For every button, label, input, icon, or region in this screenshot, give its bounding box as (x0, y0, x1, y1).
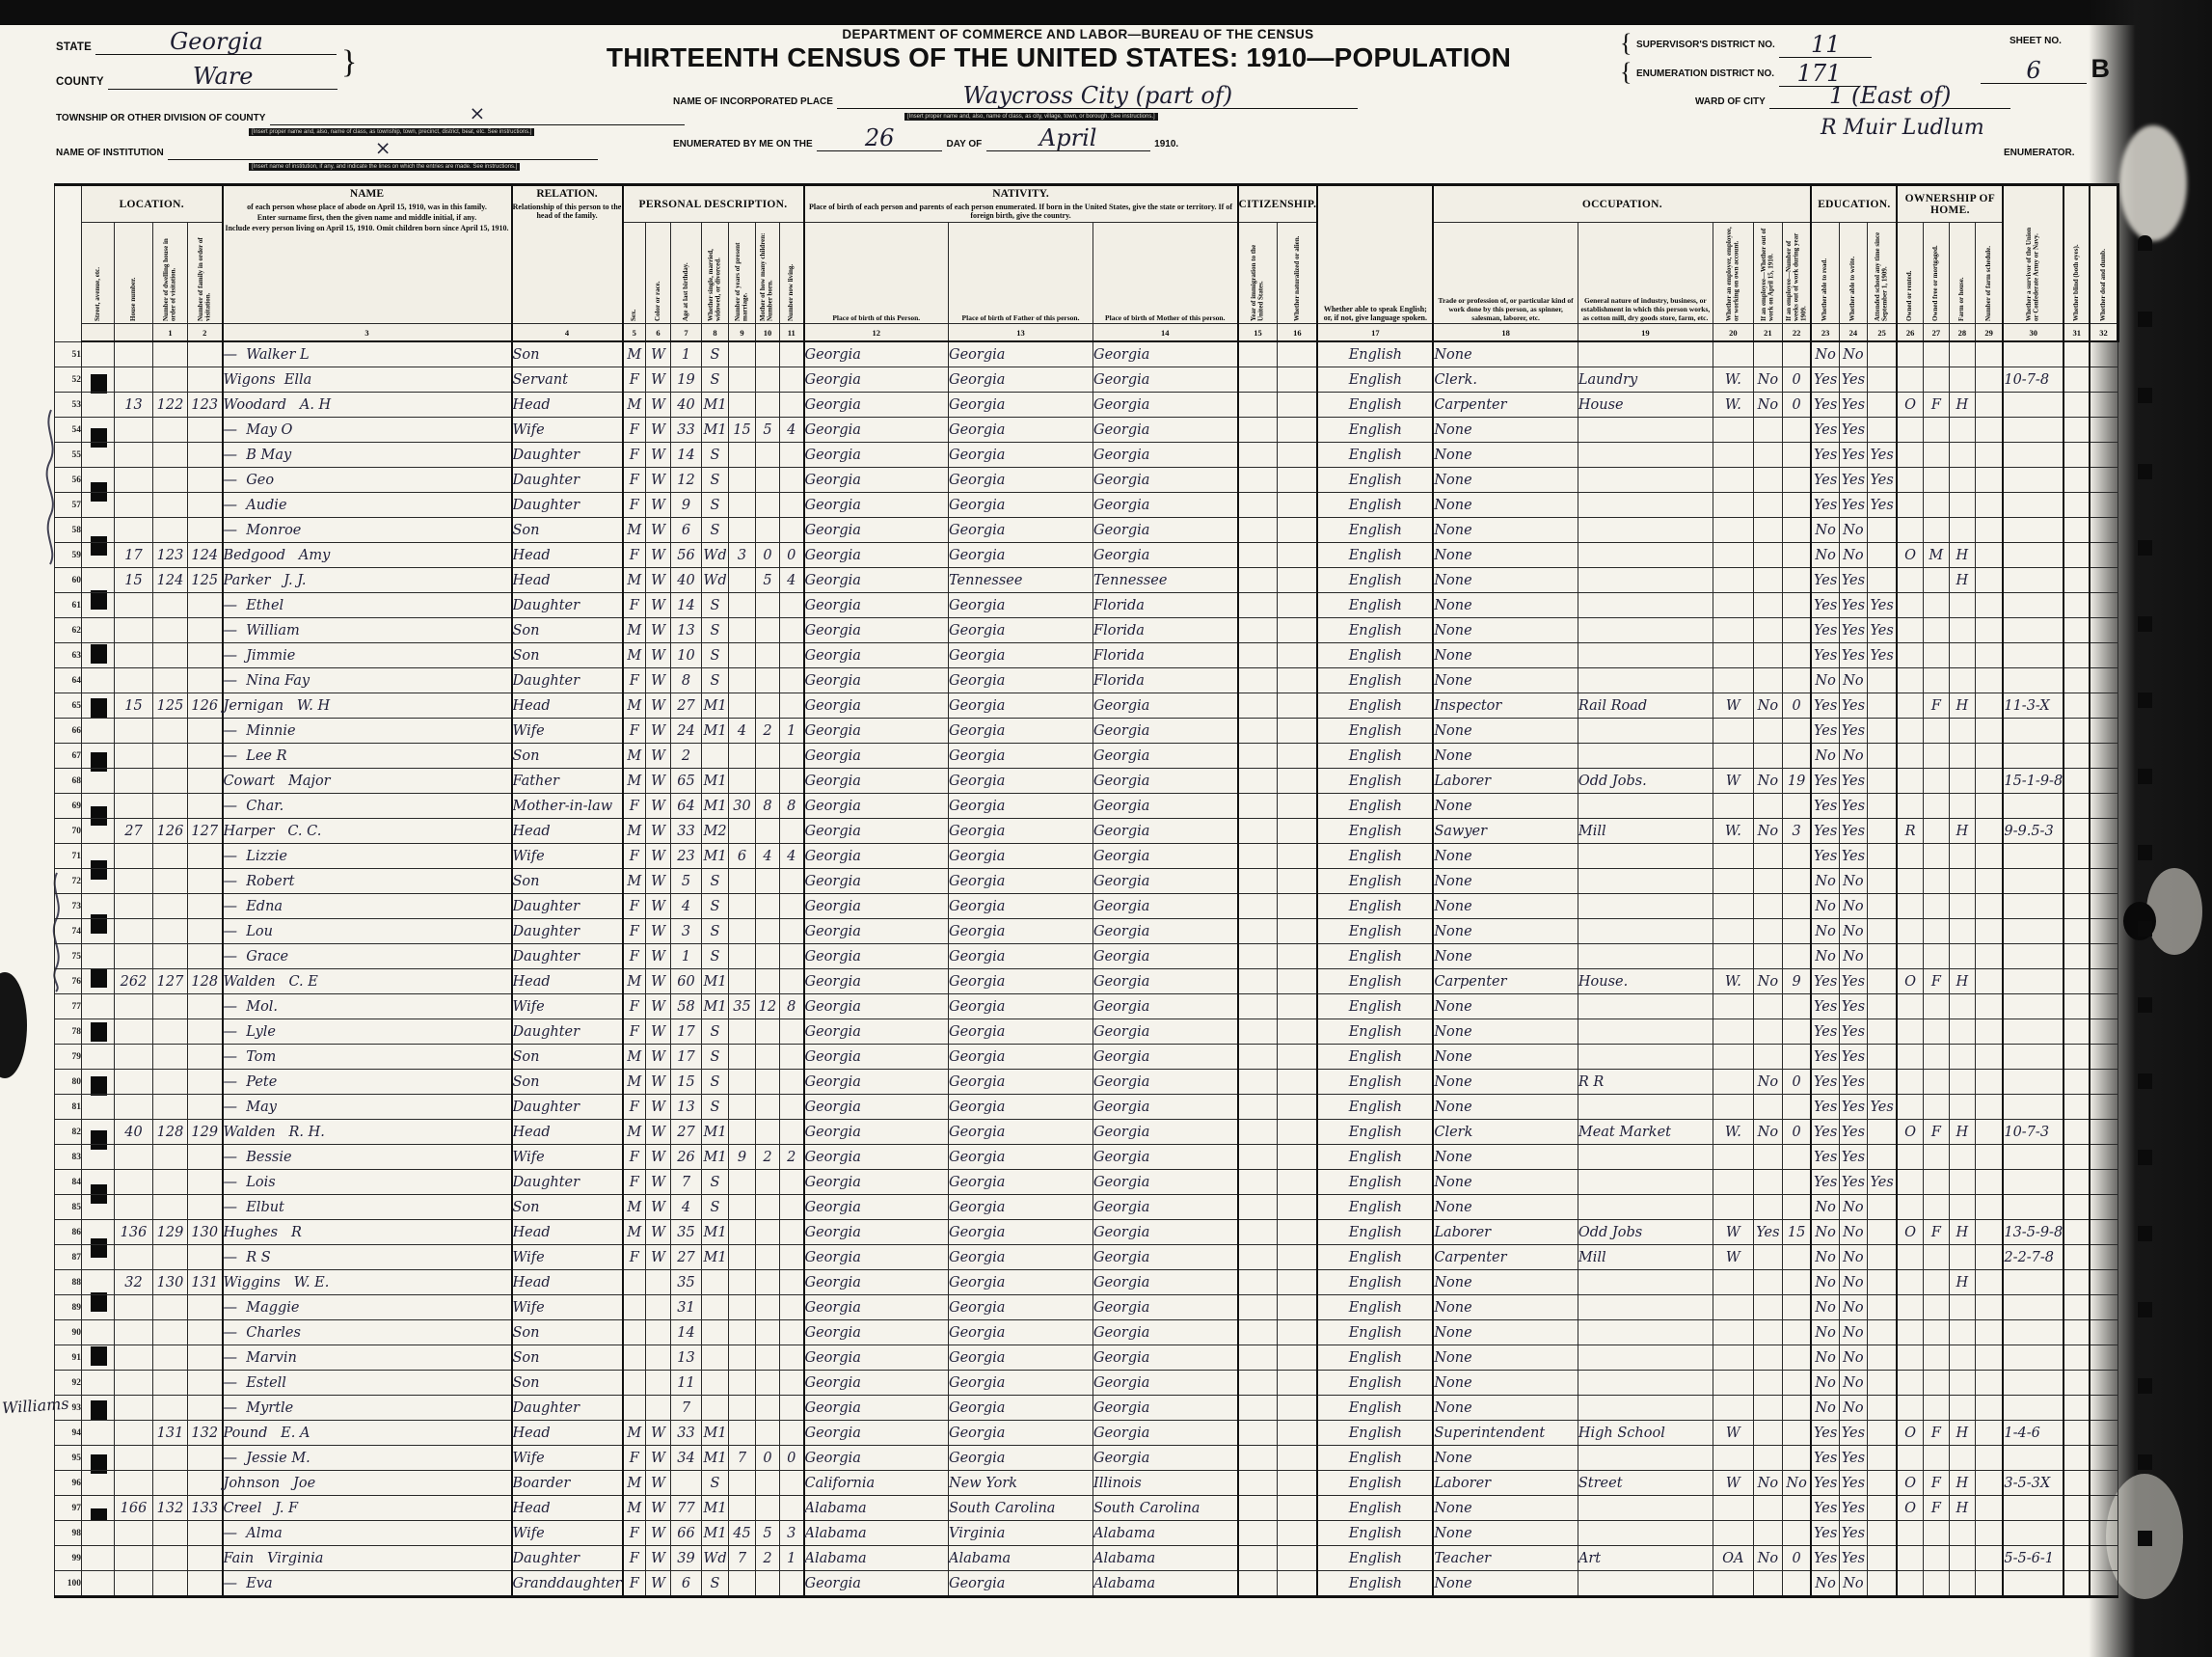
cell-fb: Virginia (949, 1521, 1093, 1546)
cell-sv (2003, 744, 2064, 769)
cell-yrs (729, 1371, 756, 1396)
cell-dw: 125 (153, 693, 188, 719)
cell-born (756, 869, 780, 894)
cell-wr: No (1839, 1195, 1867, 1220)
column-number: 4 (512, 324, 623, 342)
line-number: 76 (55, 969, 82, 994)
cell-ow (1753, 744, 1782, 769)
table-row: 5917123124Bedgood AmyHeadFW56Wd300Georgi… (55, 543, 2118, 568)
cell-fh (1949, 493, 1975, 518)
line-number-column-header (55, 185, 82, 342)
line-number: 81 (55, 1095, 82, 1120)
cell-ind (1578, 593, 1713, 618)
cell-yrs (729, 593, 756, 618)
cell-im (1238, 393, 1278, 418)
cell-fs (1975, 844, 2003, 869)
cell-wr: Yes (1839, 1070, 1867, 1095)
cell-own (1897, 1019, 1923, 1045)
cell-name: Woodard A. H (223, 393, 512, 418)
cell-rd: No (1811, 341, 1839, 367)
cell-fm: 133 (188, 1496, 223, 1521)
cell-st (82, 894, 115, 919)
column-number: 21 (1753, 324, 1782, 342)
cell-im (1238, 1170, 1278, 1195)
cell-rd: No (1811, 518, 1839, 543)
cell-im (1238, 468, 1278, 493)
cell-im (1238, 1045, 1278, 1070)
cell-df (2090, 1396, 2118, 1421)
cell-mar: M1 (702, 844, 729, 869)
cell-fs (1975, 618, 2003, 643)
cell-name: Parker J. J. (223, 568, 512, 593)
cell-liv (780, 819, 804, 844)
cell-mb: Georgia (1093, 1220, 1238, 1245)
column-number: 26 (1897, 324, 1923, 342)
cell-name: — William (223, 618, 512, 643)
cell-yrs (729, 1320, 756, 1345)
cell-hn (115, 744, 153, 769)
cell-sc: Yes (1867, 1170, 1897, 1195)
cell-emp (1713, 618, 1753, 643)
cell-yrs (729, 769, 756, 794)
cell-wk (1782, 1145, 1811, 1170)
cell-fm (188, 1245, 223, 1270)
cell-dw (153, 668, 188, 693)
cell-fh (1949, 643, 1975, 668)
cell-rel: Son (512, 1070, 623, 1095)
cell-age: 58 (671, 994, 702, 1019)
cell-sc: Yes (1867, 618, 1897, 643)
cell-fm: 132 (188, 1421, 223, 1446)
cell-ind (1578, 719, 1713, 744)
line-number: 54 (55, 418, 82, 443)
cell-oc: None (1433, 844, 1578, 869)
line-number: 79 (55, 1045, 82, 1070)
cell-fm (188, 869, 223, 894)
cell-mb: Georgia (1093, 844, 1238, 869)
cell-st (82, 1471, 115, 1496)
cell-bp: Georgia (804, 894, 949, 919)
column-header: Whether able to read. (1811, 223, 1839, 324)
cell-st (82, 1045, 115, 1070)
cell-hn: 13 (115, 393, 153, 418)
cell-age: 6 (671, 518, 702, 543)
cell-oc: None (1433, 518, 1578, 543)
cell-df (2090, 1120, 2118, 1145)
cell-fm: 126 (188, 693, 223, 719)
column-number: 9 (729, 324, 756, 342)
cell-fs (1975, 1220, 2003, 1245)
cell-hn (115, 1295, 153, 1320)
cell-emp (1713, 1496, 1753, 1521)
cell-race: W (646, 919, 671, 944)
cell-st (82, 1421, 115, 1446)
table-row: 87— R SWifeFW27M1GeorgiaGeorgiaGeorgiaEn… (55, 1245, 2118, 1270)
cell-fb: Alabama (949, 1546, 1093, 1571)
cell-fb: Georgia (949, 1220, 1093, 1245)
cell-mb: Georgia (1093, 719, 1238, 744)
cell-dw (153, 794, 188, 819)
county-value: Ware (193, 63, 254, 90)
cell-ln: English (1317, 1195, 1433, 1220)
cell-liv (780, 593, 804, 618)
cell-age: 7 (671, 1170, 702, 1195)
cell-df (2090, 341, 2118, 367)
column-number: 2 (188, 324, 223, 342)
cell-wr: Yes (1839, 1521, 1867, 1546)
cell-fm (188, 994, 223, 1019)
cell-yrs (729, 493, 756, 518)
cell-dw (153, 418, 188, 443)
cell-dw: 124 (153, 568, 188, 593)
cell-mar (702, 1295, 729, 1320)
cell-born (756, 1045, 780, 1070)
cell-yrs: 3 (729, 543, 756, 568)
cell-sc (1867, 418, 1897, 443)
cell-im (1238, 794, 1278, 819)
cell-sc (1867, 1371, 1897, 1396)
table-row: 85— ElbutSonMW4SGeorgiaGeorgiaGeorgiaEng… (55, 1195, 2118, 1220)
cell-sex: M (623, 341, 646, 367)
cell-liv: 4 (780, 418, 804, 443)
cell-bl (2064, 693, 2090, 719)
cell-bp: Georgia (804, 1045, 949, 1070)
cell-age: 1 (671, 341, 702, 367)
cell-st (82, 794, 115, 819)
cell-mar: S (702, 341, 729, 367)
cell-mb: Georgia (1093, 1070, 1238, 1095)
cell-fs (1975, 1571, 2003, 1597)
cell-bl (2064, 1546, 2090, 1571)
cell-ln: English (1317, 693, 1433, 719)
cell-fm (188, 894, 223, 919)
column-number: 1 (153, 324, 188, 342)
cell-hn: 27 (115, 819, 153, 844)
cell-na (1278, 869, 1317, 894)
cell-dw (153, 518, 188, 543)
cell-rd: Yes (1811, 1120, 1839, 1145)
cell-im (1238, 944, 1278, 969)
cell-oc: None (1433, 1496, 1578, 1521)
cell-own (1897, 1571, 1923, 1597)
cell-wr: Yes (1839, 1019, 1867, 1045)
cell-sex: M (623, 769, 646, 794)
institution-label: Name of Institution (56, 148, 164, 158)
cell-mar (702, 1270, 729, 1295)
cell-mar: S (702, 668, 729, 693)
cell-age: 12 (671, 468, 702, 493)
cell-bl (2064, 944, 2090, 969)
line-number: 63 (55, 643, 82, 668)
cell-hn (115, 769, 153, 794)
column-number: 20 (1713, 324, 1753, 342)
cell-na (1278, 744, 1317, 769)
cell-own (1897, 944, 1923, 969)
cell-hn (115, 1396, 153, 1421)
cell-bl (2064, 618, 2090, 643)
cell-yrs (729, 1095, 756, 1120)
cell-bl (2064, 1446, 2090, 1471)
cell-rd: Yes (1811, 393, 1839, 418)
cell-bl (2064, 643, 2090, 668)
cell-bl (2064, 1295, 2090, 1320)
cell-dw (153, 1145, 188, 1170)
cell-ln: English (1317, 1070, 1433, 1095)
cell-age: 5 (671, 869, 702, 894)
cell-own (1897, 1371, 1923, 1396)
cell-ow: No (1753, 1120, 1782, 1145)
cell-mb: Georgia (1093, 1320, 1238, 1345)
cell-rel: Daughter (512, 919, 623, 944)
cell-ow (1753, 593, 1782, 618)
cell-sex: F (623, 994, 646, 1019)
cell-ind (1578, 1270, 1713, 1295)
cell-race: W (646, 1421, 671, 1446)
cell-im (1238, 1546, 1278, 1571)
cell-bl (2064, 869, 2090, 894)
cell-rd: Yes (1811, 568, 1839, 593)
cell-yrs (729, 1070, 756, 1095)
cell-fb: Georgia (949, 493, 1093, 518)
cell-bp: California (804, 1471, 949, 1496)
line-number: 98 (55, 1521, 82, 1546)
cell-dw (153, 367, 188, 393)
cell-ln: English (1317, 341, 1433, 367)
cell-wr: Yes (1839, 769, 1867, 794)
cell-wk (1782, 1421, 1811, 1446)
cell-df (2090, 693, 2118, 719)
table-row: 95— Jessie M.WifeFW34M1700GeorgiaGeorgia… (55, 1446, 2118, 1471)
cell-im (1238, 618, 1278, 643)
cell-fm (188, 618, 223, 643)
cell-fb: Georgia (949, 1019, 1093, 1045)
cell-sc (1867, 1019, 1897, 1045)
cell-hn (115, 618, 153, 643)
cell-yrs (729, 568, 756, 593)
cell-sv (2003, 944, 2064, 969)
cell-ow (1753, 1521, 1782, 1546)
column-number (115, 324, 153, 342)
cell-sv (2003, 969, 2064, 994)
cell-ind (1578, 443, 1713, 468)
cell-bp: Georgia (804, 593, 949, 618)
cell-liv (780, 618, 804, 643)
cell-fs (1975, 1396, 2003, 1421)
cell-age: 33 (671, 819, 702, 844)
cell-mar: M1 (702, 719, 729, 744)
cell-fs (1975, 1019, 2003, 1045)
cell-df (2090, 969, 2118, 994)
column-header: Number of dwelling house in order of vis… (153, 223, 188, 324)
table-row: 86136129130Hughes RHeadMW35M1GeorgiaGeor… (55, 1220, 2118, 1245)
cell-age: 13 (671, 1345, 702, 1371)
cell-mf: F (1923, 1471, 1949, 1496)
ward-label: Ward of city (1695, 96, 1766, 107)
cell-race: W (646, 719, 671, 744)
cell-fm (188, 944, 223, 969)
cell-ln: English (1317, 618, 1433, 643)
cell-mb: Georgia (1093, 769, 1238, 794)
line-number: 96 (55, 1471, 82, 1496)
column-header: Whether able to speak English; or, if no… (1317, 185, 1433, 324)
cell-ow: No (1753, 367, 1782, 393)
cell-sv (2003, 1295, 2064, 1320)
cell-name: — Marvin (223, 1345, 512, 1371)
cell-dw (153, 443, 188, 468)
cell-oc: None (1433, 869, 1578, 894)
cell-ow (1753, 1019, 1782, 1045)
cell-ind (1578, 1345, 1713, 1371)
cell-mf (1923, 418, 1949, 443)
cell-oc: None (1433, 944, 1578, 969)
cell-hn (115, 518, 153, 543)
cell-liv (780, 693, 804, 719)
cell-yrs: 4 (729, 719, 756, 744)
line-number: 53 (55, 393, 82, 418)
cell-mf (1923, 994, 1949, 1019)
cell-sc: Yes (1867, 468, 1897, 493)
cell-fh (1949, 1295, 1975, 1320)
cell-fh (1949, 1095, 1975, 1120)
cell-sc: Yes (1867, 443, 1897, 468)
cell-liv (780, 1220, 804, 1245)
line-number: 86 (55, 1220, 82, 1245)
cell-rd: Yes (1811, 844, 1839, 869)
cell-yrs: 9 (729, 1145, 756, 1170)
cell-rd: No (1811, 1371, 1839, 1396)
cell-wk (1782, 341, 1811, 367)
cell-mf: F (1923, 1120, 1949, 1145)
cell-rd: Yes (1811, 794, 1839, 819)
cell-st (82, 769, 115, 794)
cell-rd: Yes (1811, 693, 1839, 719)
cell-mar: S (702, 618, 729, 643)
cell-sc (1867, 844, 1897, 869)
cell-wr: Yes (1839, 719, 1867, 744)
cell-fm (188, 341, 223, 367)
cell-born (756, 1095, 780, 1120)
column-number: 14 (1093, 324, 1238, 342)
cell-im (1238, 543, 1278, 568)
cell-mar: M1 (702, 769, 729, 794)
cell-hn (115, 418, 153, 443)
cell-df (2090, 994, 2118, 1019)
cell-fb: Georgia (949, 944, 1093, 969)
cell-born (756, 1270, 780, 1295)
cell-df (2090, 1019, 2118, 1045)
cell-sv (2003, 1496, 2064, 1521)
cell-own (1897, 1320, 1923, 1345)
cell-liv (780, 1396, 804, 1421)
cell-fm (188, 367, 223, 393)
enumerated-year: 1910. (1154, 139, 1178, 149)
cell-sv (2003, 543, 2064, 568)
cell-bp: Georgia (804, 643, 949, 668)
cell-bp: Georgia (804, 1421, 949, 1446)
table-row: 77— Mol.WifeFW58M135128GeorgiaGeorgiaGeo… (55, 994, 2118, 1019)
cell-st (82, 443, 115, 468)
cell-ow: No (1753, 1070, 1782, 1095)
cell-wk (1782, 1521, 1811, 1546)
cell-rel: Daughter (512, 1546, 623, 1571)
cell-race (646, 1371, 671, 1396)
cell-own (1897, 794, 1923, 819)
cell-born (756, 819, 780, 844)
cell-na (1278, 693, 1317, 719)
cell-wr: No (1839, 1320, 1867, 1345)
cell-fb: Georgia (949, 869, 1093, 894)
cell-mar: S (702, 869, 729, 894)
cell-ln: English (1317, 719, 1433, 744)
cell-mar: S (702, 1471, 729, 1496)
cell-age: 14 (671, 593, 702, 618)
cell-mar: M1 (702, 794, 729, 819)
cell-fs (1975, 341, 2003, 367)
cell-own (1897, 919, 1923, 944)
cell-oc: None (1433, 1571, 1578, 1597)
cell-fb: Georgia (949, 341, 1093, 367)
cell-wr: Yes (1839, 794, 1867, 819)
cell-sc (1867, 1120, 1897, 1145)
cell-mb: Georgia (1093, 1195, 1238, 1220)
column-number: 12 (804, 324, 949, 342)
cell-emp (1713, 1371, 1753, 1396)
cell-born (756, 618, 780, 643)
cell-bp: Georgia (804, 1571, 949, 1597)
cell-ow (1753, 1446, 1782, 1471)
cell-ind (1578, 668, 1713, 693)
cell-mf (1923, 1145, 1949, 1170)
cell-oc: Teacher (1433, 1546, 1578, 1571)
cell-st (82, 493, 115, 518)
cell-rel: Son (512, 1345, 623, 1371)
cell-im (1238, 1295, 1278, 1320)
cell-oc: None (1433, 1295, 1578, 1320)
cell-born (756, 1345, 780, 1371)
cell-oc: None (1433, 1446, 1578, 1471)
cell-na (1278, 1320, 1317, 1345)
cell-ln: English (1317, 744, 1433, 769)
cell-mar (702, 1320, 729, 1345)
cell-age: 40 (671, 568, 702, 593)
cell-st (82, 393, 115, 418)
cell-ln: English (1317, 393, 1433, 418)
cell-yrs (729, 1220, 756, 1245)
cell-rel: Daughter (512, 1396, 623, 1421)
cell-sex: M (623, 1496, 646, 1521)
cell-mar (702, 1371, 729, 1396)
cell-sex (623, 1270, 646, 1295)
cell-df (2090, 1471, 2118, 1496)
cell-fb: Georgia (949, 668, 1093, 693)
cell-mar: M1 (702, 1245, 729, 1270)
cell-na (1278, 1245, 1317, 1270)
cell-ind: House. (1578, 969, 1713, 994)
cell-fs (1975, 1145, 2003, 1170)
cell-sex: F (623, 1521, 646, 1546)
cell-liv (780, 668, 804, 693)
cell-st (82, 969, 115, 994)
cell-df (2090, 1170, 2118, 1195)
scan-top-bar (0, 0, 2212, 25)
cell-ind: Meat Market (1578, 1120, 1713, 1145)
cell-name: Fain Virginia (223, 1546, 512, 1571)
cell-age: 14 (671, 443, 702, 468)
cell-wk (1782, 543, 1811, 568)
cell-name: Walden C. E (223, 969, 512, 994)
cell-fb: Georgia (949, 1295, 1093, 1320)
cell-own (1897, 994, 1923, 1019)
